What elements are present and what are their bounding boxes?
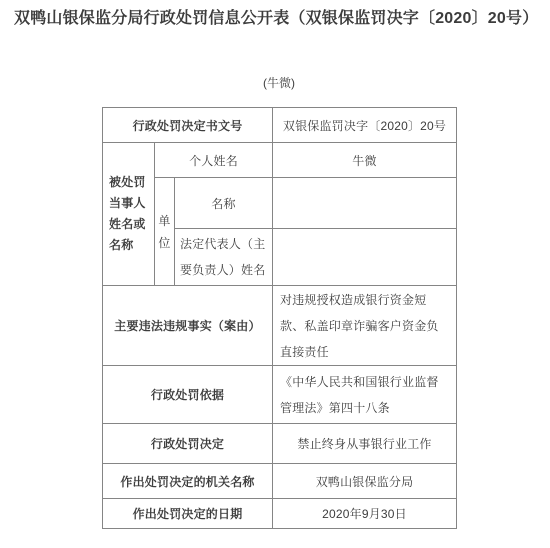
page-subtitle: (牛微) <box>102 76 456 91</box>
personal-name-value: 牛微 <box>273 143 457 178</box>
decision-label: 行政处罚决定 <box>103 424 273 464</box>
doc-no-label: 行政处罚决定书文号 <box>103 108 273 143</box>
personal-name-label: 个人姓名 <box>155 143 273 178</box>
facts-label: 主要违法违规事实（案由） <box>103 286 273 366</box>
date-label: 作出处罚决定的日期 <box>103 499 273 529</box>
party-group-label: 被处罚当事人姓名或名称 <box>103 143 155 286</box>
row-date: 作出处罚决定的日期 2020年9月30日 <box>103 499 457 529</box>
legal-rep-value <box>273 229 457 286</box>
row-authority: 作出处罚决定的机关名称 双鸭山银保监分局 <box>103 464 457 499</box>
unit-name-value <box>273 178 457 229</box>
row-decision: 行政处罚决定 禁止终身从事银行业工作 <box>103 424 457 464</box>
row-personal-name: 被处罚当事人姓名或名称 个人姓名 牛微 <box>103 143 457 178</box>
decision-value: 禁止终身从事银行业工作 <box>273 424 457 464</box>
penalty-table: 行政处罚决定书文号 双银保监罚决字〔2020〕20号 被处罚当事人姓名或名称 个… <box>102 107 457 529</box>
row-doc-no: 行政处罚决定书文号 双银保监罚决字〔2020〕20号 <box>103 108 457 143</box>
basis-value: 《中华人民共和国银行业监督管理法》第四十八条 <box>273 366 457 424</box>
row-unit-name: 单位 名称 <box>103 178 457 229</box>
row-facts: 主要违法违规事实（案由） 对违规授权造成银行资金短款、私盖印章诈骗客户资金负直接… <box>103 286 457 366</box>
basis-label: 行政处罚依据 <box>103 366 273 424</box>
date-value: 2020年9月30日 <box>273 499 457 529</box>
page-title: 双鸭山银保监分局行政处罚信息公开表（双银保监罚决字〔2020〕20号） <box>14 9 544 29</box>
unit-name-label: 名称 <box>175 178 273 229</box>
unit-label: 单位 <box>155 178 175 286</box>
row-basis: 行政处罚依据 《中华人民共和国银行业监督管理法》第四十八条 <box>103 366 457 424</box>
authority-label: 作出处罚决定的机关名称 <box>103 464 273 499</box>
authority-value: 双鸭山银保监分局 <box>273 464 457 499</box>
facts-value: 对违规授权造成银行资金短款、私盖印章诈骗客户资金负直接责任 <box>273 286 457 366</box>
doc-no-value: 双银保监罚决字〔2020〕20号 <box>273 108 457 143</box>
legal-rep-label: 法定代表人（主要负责人）姓名 <box>175 229 273 286</box>
